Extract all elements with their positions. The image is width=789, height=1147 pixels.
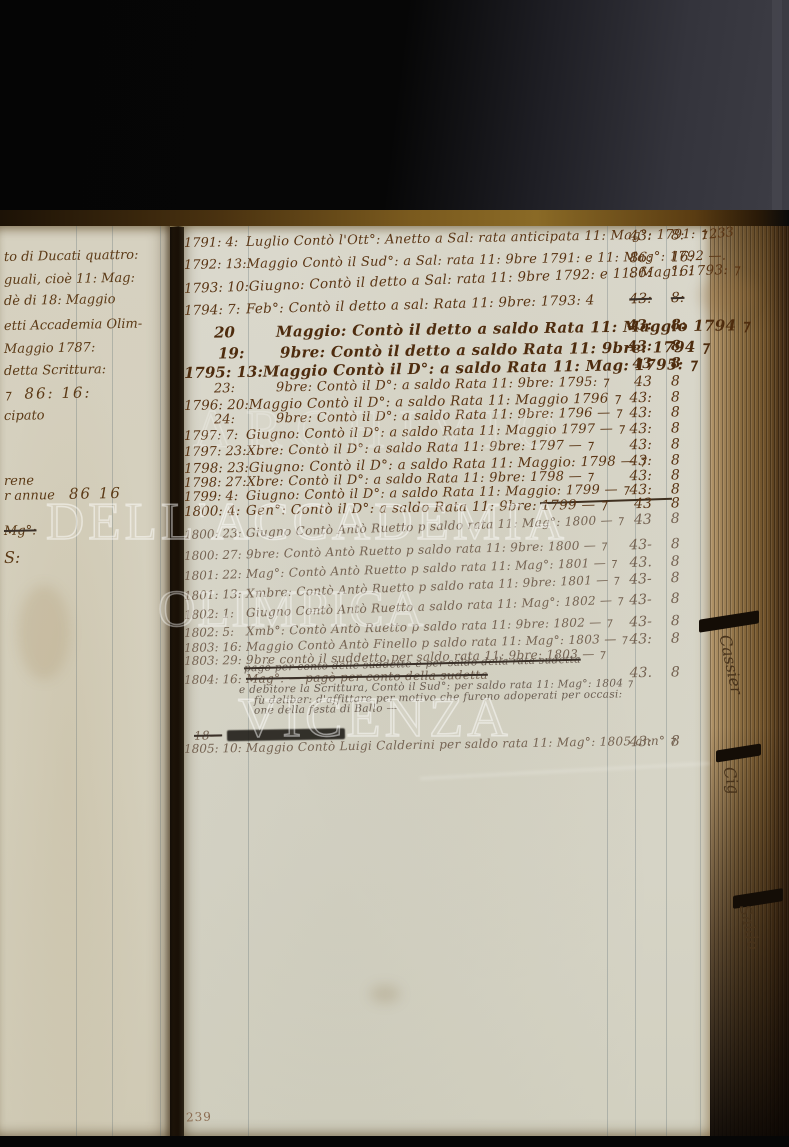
fore-edge-shading	[710, 226, 789, 1136]
entry-amount-soldi: 8	[670, 591, 679, 607]
fragment-text: S:	[4, 548, 21, 567]
left-page-fragment: dè di 18: Maggio	[4, 292, 116, 309]
entry-amount-soldi: 8	[671, 733, 680, 749]
book-top-edge	[0, 210, 789, 227]
scanner-edge-strip	[772, 0, 782, 213]
left-page-fragment: guali, cioè 11: Mag:	[4, 271, 135, 288]
watermark-line-olimpica: OLIMPICA	[158, 580, 425, 639]
left-page-fragment: detta Scrittura:	[4, 362, 106, 379]
entry-amount-lire: 43:	[624, 405, 652, 421]
scanner-background-top	[0, 0, 789, 213]
rule-line	[160, 226, 161, 1136]
entry-amount-lire: 43.	[624, 554, 652, 571]
entry-date: 1792: 13:	[184, 257, 247, 273]
entry-amount-soldi: 8	[670, 570, 680, 586]
paper-stain	[18, 585, 70, 680]
fragment-text: dè di 18: Maggio	[4, 292, 116, 309]
fragment-text: Mg°:	[4, 523, 37, 539]
entry-amount-lire: 86:	[623, 265, 652, 282]
entry-amount-lire: 43-	[623, 592, 652, 609]
entry-amount-soldi: 8	[671, 338, 681, 354]
entry-date: 1791: 4:	[184, 235, 246, 251]
entry-amount-soldi: 8	[671, 436, 680, 452]
entry-amount-lire: 43	[624, 356, 652, 372]
entry-amount-lire: 43:	[624, 453, 652, 469]
entry-amount-soldi: 8	[671, 389, 680, 405]
fragment-text: Maggio 1787:	[4, 340, 96, 357]
entry-amount-lire: 43:	[624, 228, 652, 244]
entry-date: 1794: 7:	[184, 301, 246, 319]
entry-amount-lire: 43-	[623, 571, 652, 588]
fragment-text: detta Scrittura:	[4, 362, 106, 379]
left-page-fragment: Maggio 1787:	[4, 340, 96, 357]
fragment-text: ⁊	[4, 388, 11, 403]
fragment-text: guali, cioè 11: Mag:	[4, 271, 135, 288]
entry-amount-lire: 43-	[624, 614, 652, 631]
entry-amount-soldi: 8	[671, 373, 680, 389]
scanned-ledger-page: to di Ducati quattro:guali, cioè 11: Mag…	[0, 0, 789, 1147]
fragment-text: to di Ducati quattro:	[4, 248, 139, 265]
rule-line	[112, 226, 113, 1136]
entry-amount-lire: 43:	[624, 291, 652, 308]
entry-amount-soldi: 8	[671, 452, 680, 468]
entry-amount-lire: 43:	[624, 734, 652, 750]
entry-amount-soldi: 8	[670, 511, 679, 527]
entry-amount-soldi: 16:	[670, 263, 693, 280]
entry-amount-lire: 43:	[624, 338, 652, 354]
entry-amount-lire: 43:	[624, 390, 652, 406]
entry-amount-soldi: 8	[671, 404, 680, 420]
entry-amount-soldi: 8	[671, 495, 680, 511]
entry-amount-soldi: 8	[671, 553, 680, 569]
paper-stain	[370, 985, 400, 1003]
left-page-fragment: etti Accademia Olim-	[4, 317, 142, 334]
entry-amount-lire: 43:	[624, 421, 652, 437]
left-page-fragment: ⁊86: 16:	[4, 383, 92, 403]
entry-amount-lire: 43:	[624, 437, 652, 453]
entry-amount-lire: 43	[624, 496, 652, 512]
entry-amount-soldi: 8:	[671, 290, 685, 306]
entry-date: 1793: 10:	[184, 279, 249, 297]
entry-amount-soldi: 8	[671, 613, 680, 629]
entry-amount-lire: 43	[623, 512, 652, 529]
entry-date: 23:	[214, 380, 276, 396]
entry-date: 1805: 10:	[184, 741, 246, 756]
left-page-fragment: to di Ducati quattro:	[4, 248, 139, 265]
entry-date: 20	[214, 323, 276, 342]
page-number-stamp: 239	[186, 1110, 212, 1125]
entry-amount-soldi: 8:	[671, 317, 686, 333]
entry-date: 1795: 13:	[184, 363, 263, 382]
entry-amount-lire: 43	[624, 374, 652, 390]
left-page-fragment: S:	[4, 548, 21, 567]
entry-date: 19:	[218, 344, 280, 363]
entry-amount-soldi: 8:	[671, 227, 685, 243]
entry-amount-soldi: 8	[671, 536, 680, 552]
entry-amount-lire: 43-	[624, 537, 652, 554]
fragment-text: cipato	[4, 408, 45, 424]
fragment-amount: 86: 16:	[24, 383, 91, 402]
watermark-line-dellaccademia: DELL'ACCADEMIA	[46, 492, 568, 552]
left-page-fragment: Mg°:	[4, 523, 37, 539]
watermark-line-archivio: ARCHIVIO	[193, 398, 569, 460]
fragment-text: etti Accademia Olim-	[4, 317, 142, 334]
scanner-background-bottom	[0, 1136, 789, 1147]
entry-amount-lire: 43:	[624, 317, 652, 333]
entry-amount-soldi: 8	[671, 420, 680, 436]
watermark-line-vicenza: VICENZA	[238, 686, 512, 750]
entry-amount-soldi: 8	[671, 355, 681, 371]
left-page-fragment: cipato	[4, 408, 45, 424]
